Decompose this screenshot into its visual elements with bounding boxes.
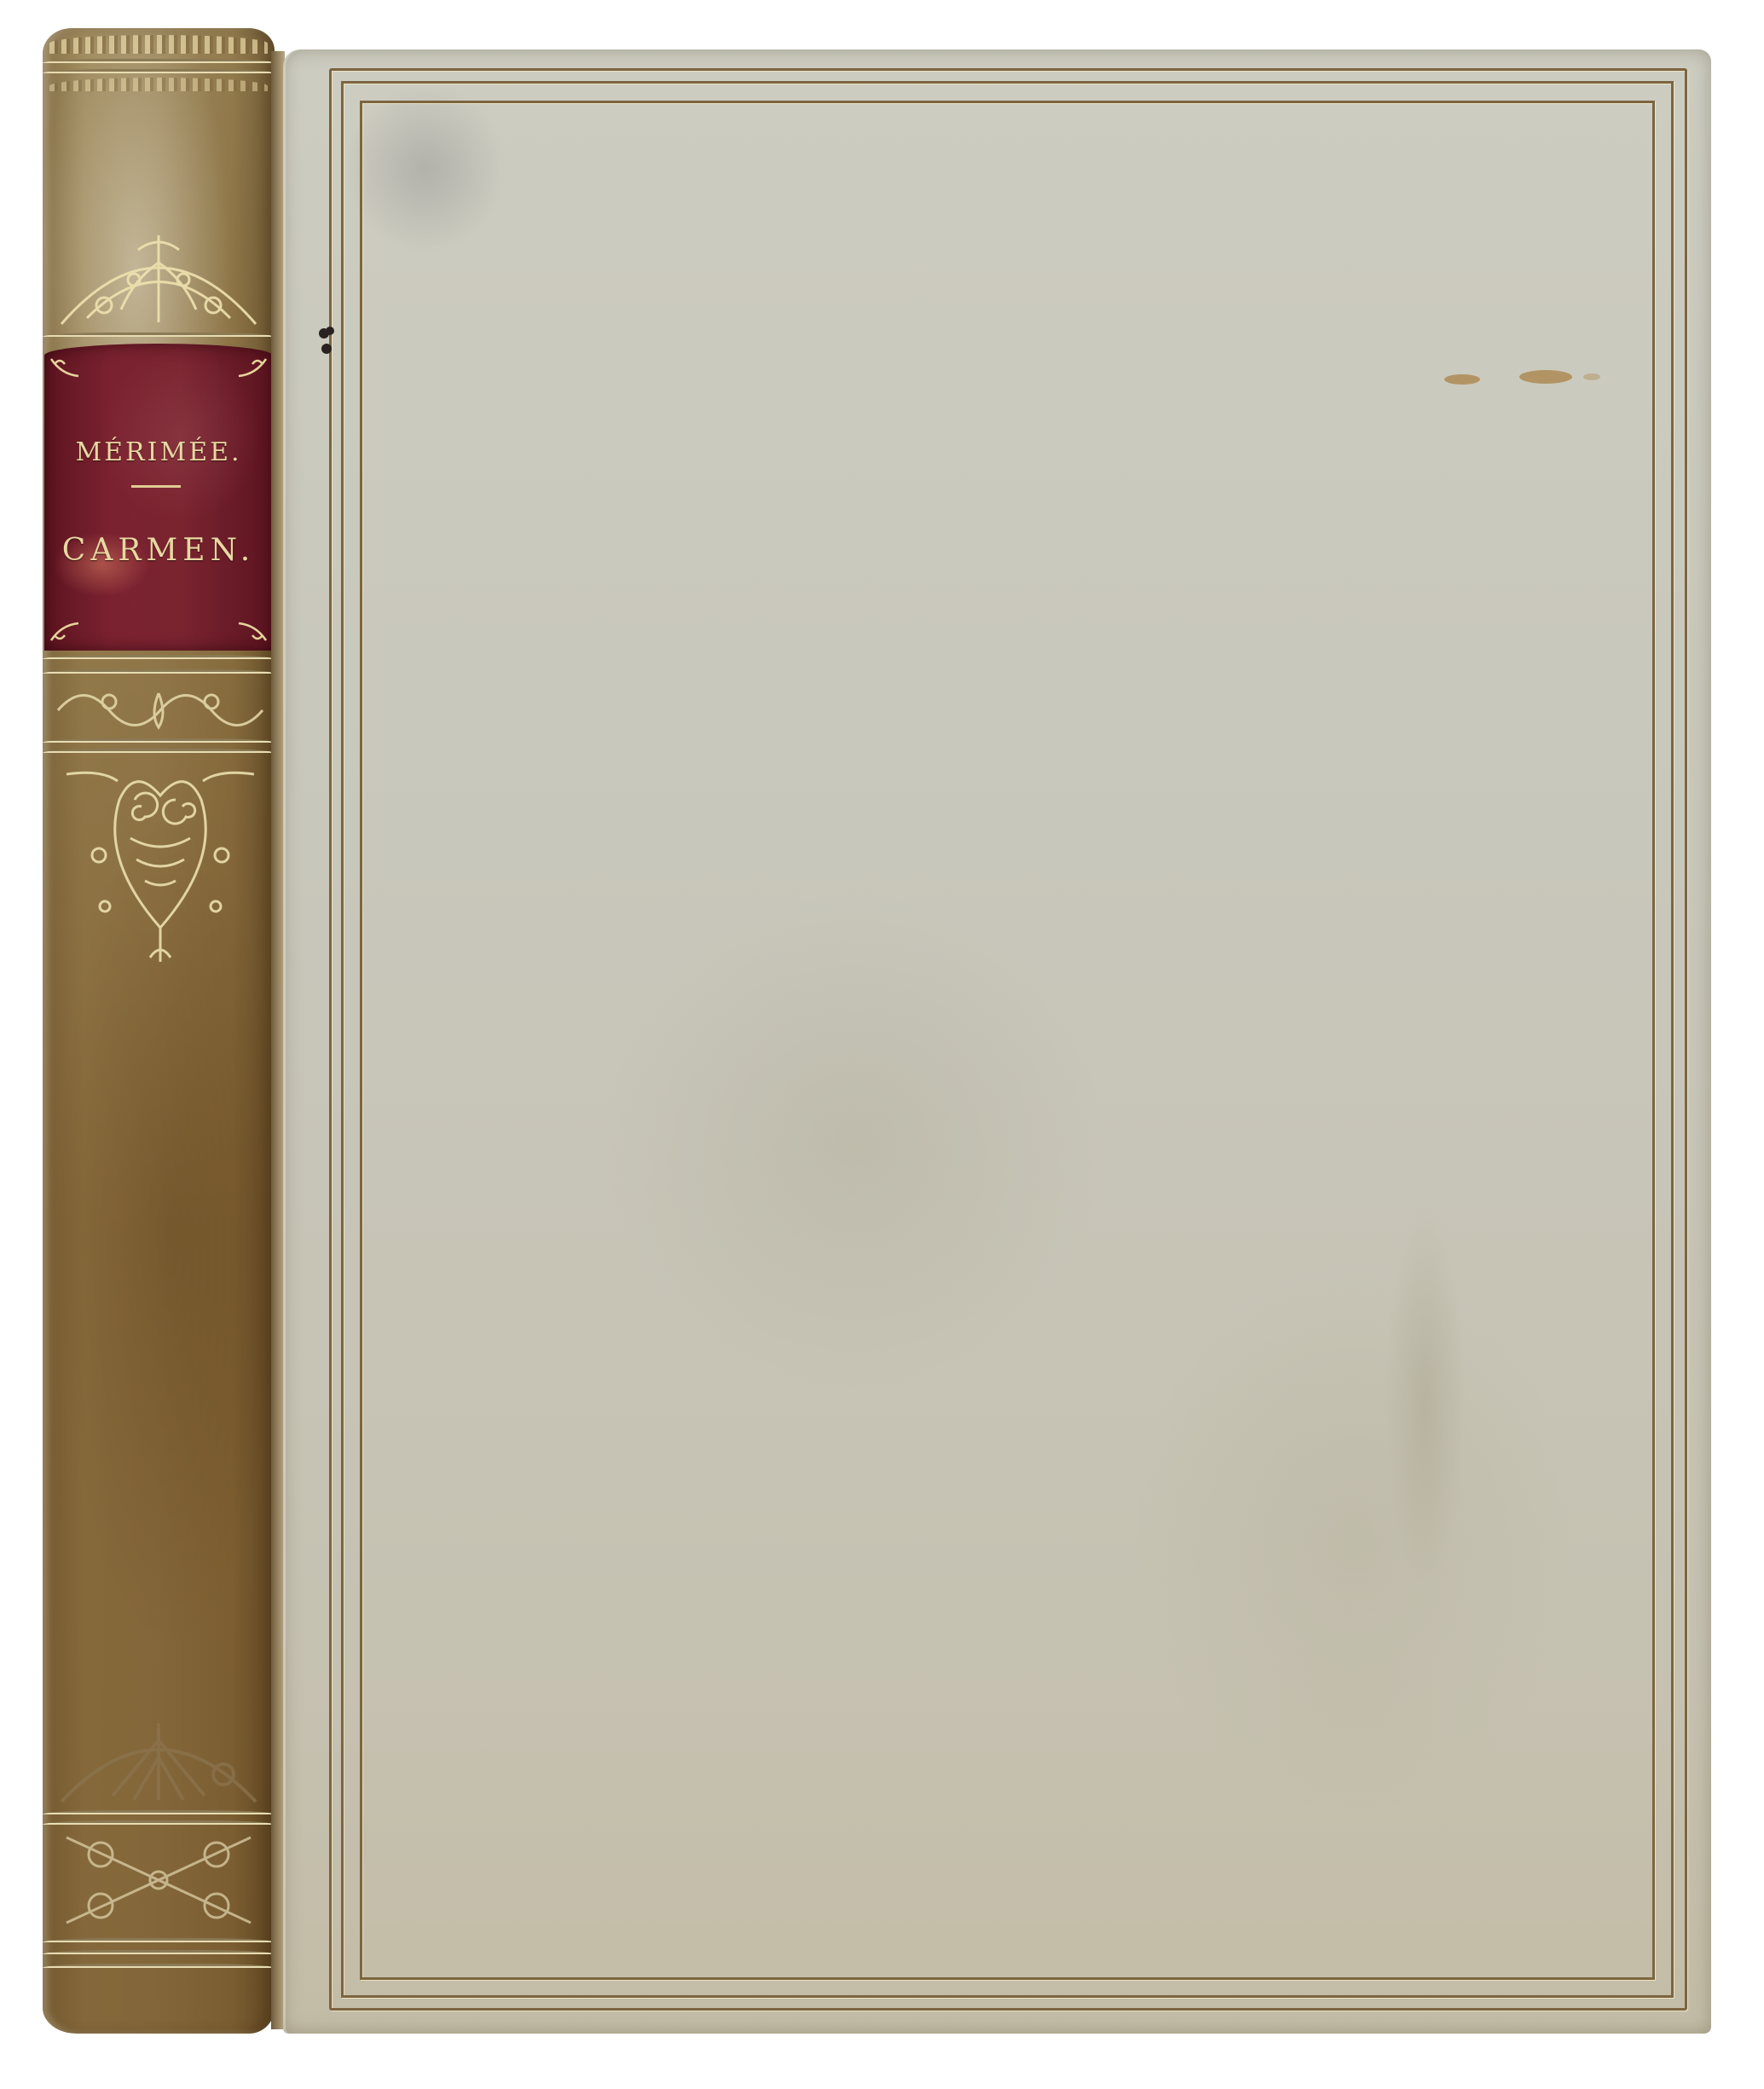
spine-scroll-band-ornament-icon (49, 676, 268, 736)
spine-author-text: MÉRIMÉE. (44, 437, 273, 467)
spine-tail-lattice-ornament-icon (49, 1829, 268, 1931)
label-corner-flourish-icon (48, 618, 82, 644)
spine-tail-fan-ornament-icon (53, 1706, 264, 1807)
front-cover (283, 49, 1711, 2034)
spine-ornament-band-2 (43, 749, 275, 753)
spine-head-gilt-roll (49, 35, 268, 54)
spine-tail-band-4 (43, 1950, 275, 1954)
spine-label-bottom-band (43, 655, 275, 659)
spine-title-text: CARMEN. (44, 533, 273, 568)
spine-head-band-2 (43, 69, 275, 73)
book-spine: MÉRIMÉE. CARMEN. (43, 28, 275, 2034)
spine-head-band (43, 59, 275, 63)
spine-ornament-band (43, 738, 275, 743)
spine-tail-band-3 (43, 1938, 275, 1942)
label-corner-flourish-icon (235, 618, 269, 644)
spine-tail-band (43, 1810, 275, 1814)
spine-label-top-band (43, 333, 275, 337)
cover-stain (1519, 370, 1572, 384)
spine-tail-band-2 (43, 1820, 275, 1825)
label-corner-flourish-icon (235, 356, 269, 381)
spine-label-bottom-band-2 (43, 669, 275, 674)
spine-title-label: MÉRIMÉE. CARMEN. (44, 344, 273, 651)
spine-label-rule (131, 485, 181, 488)
ink-spot-mark (317, 327, 336, 357)
cover-stain (1444, 374, 1480, 385)
cover-stain (1583, 373, 1600, 380)
spine-fan-ornament-icon (53, 229, 264, 329)
spine-head-gilt-roll-2 (49, 78, 268, 91)
label-corner-flourish-icon (48, 356, 82, 381)
spine-tail-band-5 (43, 1964, 275, 1968)
spine-heart-scroll-ornament-icon (67, 757, 254, 966)
